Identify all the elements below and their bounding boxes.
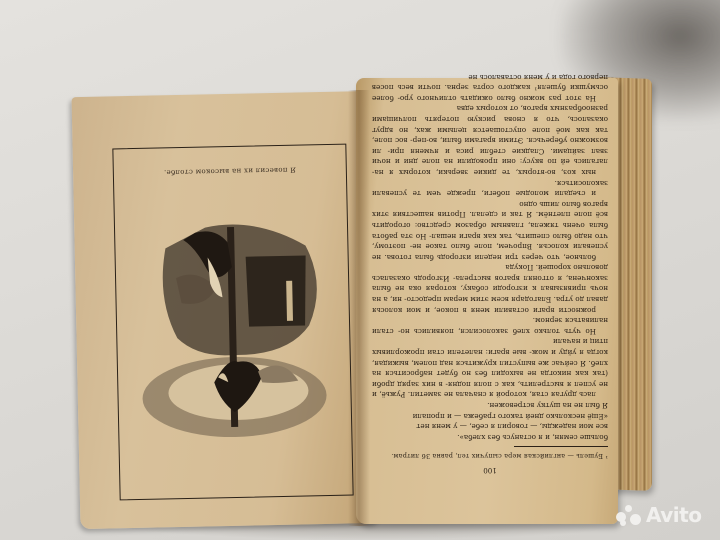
text-line: «Ещё несколько дней такого грабежа — и п… <box>372 410 608 421</box>
page-number: 100 <box>372 464 608 475</box>
text-line: все мои надежды, — говорил я себе, — у м… <box>372 421 608 432</box>
engraving-illustration <box>134 185 331 449</box>
paragraph: больное, что через три недели изгородь б… <box>372 198 608 262</box>
right-page-text: 100 ¹ Бушель — английская мера сыпучих т… <box>372 135 608 475</box>
paragraph: рожности враги оставили меня в покое, и … <box>372 262 608 315</box>
footnote-rule <box>514 446 608 447</box>
paragraph: На этот раз можно было ожидать отличного… <box>372 71 608 103</box>
avito-watermark: Avito <box>616 500 701 530</box>
avito-logo-text: Avito <box>646 503 701 527</box>
paragraph: и съедали молодые побеги, прежде чем те … <box>372 177 608 198</box>
footnote: ¹ Бушель — английская мера сыпучих тел, … <box>372 451 608 462</box>
illustration-frame: Я повесил их на высоком столбе. <box>112 144 353 501</box>
paragraph: лась другая стая, которой я сначала не з… <box>372 336 608 400</box>
paragraph: Но чуть только хлеб заколосился, появили… <box>372 315 608 336</box>
avito-dots-icon <box>616 504 642 526</box>
text-line: Я был не на шутку встревожен. <box>372 399 608 410</box>
paragraph: ных коз, во-вторых, те дикие зверьки, ко… <box>372 103 608 177</box>
illustration-caption: Я повесил их на высоком столбе. <box>114 165 346 178</box>
text-line: больше семян, и я останусь без хлеба». <box>372 431 608 442</box>
